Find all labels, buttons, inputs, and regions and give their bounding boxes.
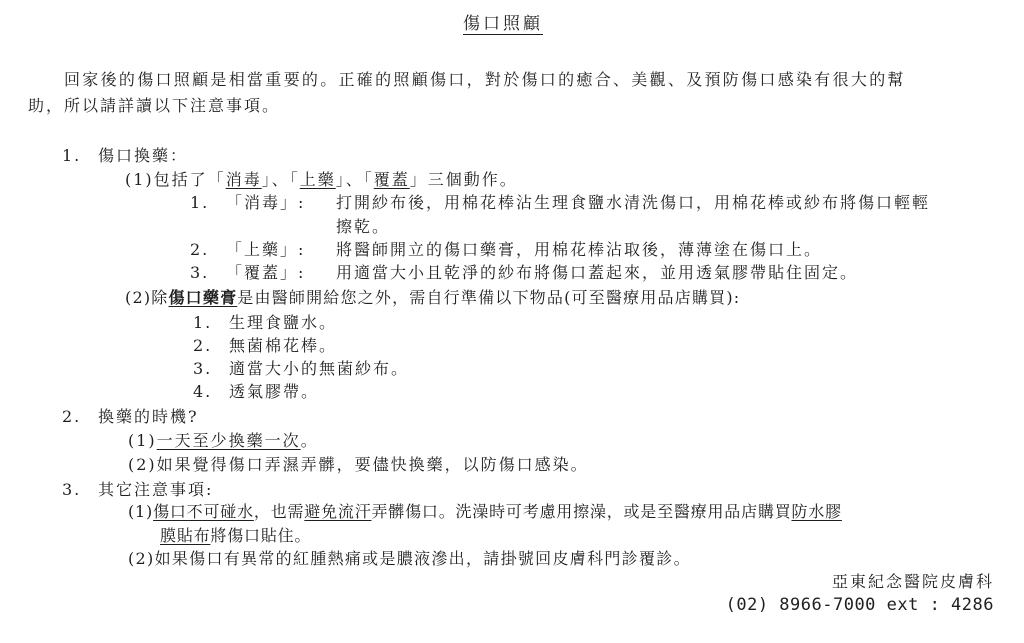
supply-item: 4.透氣膠帶。 bbox=[193, 382, 319, 402]
phone-number: (02) 8966-7000 ext : 4286 bbox=[726, 595, 994, 615]
step-medicate: 2.「上藥」:將醫師開立的傷口藥膏，用棉花棒沾取後，薄薄塗在傷口上。 bbox=[190, 240, 822, 260]
supply-item: 2.無菌棉花棒。 bbox=[193, 336, 337, 356]
supply-item: 1.生理食鹽水。 bbox=[193, 313, 337, 333]
section-3-item-2: (2)如果傷口有異常的紅腫熱痛或是膿液滲出，請掛號回皮膚科門診覆診。 bbox=[128, 549, 691, 569]
section-3-item-1-cont: 膜貼布將傷口貼住。 bbox=[160, 526, 311, 546]
section-2-item-1: (1)一天至少換藥一次。 bbox=[128, 431, 319, 451]
supply-item: 3.適當大小的無菌紗布。 bbox=[193, 359, 409, 379]
document-page: 傷口照顧 回家後的傷口照顧是相當重要的。正確的照顧傷口，對於傷口的癒合、美觀、及… bbox=[0, 0, 1024, 643]
page-title: 傷口照顧 bbox=[463, 14, 543, 34]
intro-line-1: 回家後的傷口照顧是相當重要的。正確的照顧傷口，對於傷口的癒合、美觀、及預防傷口感… bbox=[64, 70, 906, 90]
step-cover: 3.「覆蓋」:用適當大小且乾淨的紗布將傷口蓋起來，並用透氣膠帶貼住固定。 bbox=[190, 263, 858, 283]
section-1-item-1: (1)包括了「消毒」、「上藥」、「覆蓋」三個動作。 bbox=[125, 170, 518, 190]
section-2-item-2: (2)如果覺得傷口弄濕弄髒，要儘快換藥，以防傷口感染。 bbox=[128, 455, 589, 475]
step-disinfect-cont: 擦乾。 bbox=[336, 217, 390, 237]
intro-line-2: 助，所以請詳讀以下注意事項。 bbox=[28, 96, 280, 116]
section-3-heading: 3.其它注意事項: bbox=[62, 480, 213, 500]
section-1-item-2: (2)除傷口藥膏是由醫師開給您之外，需自行準備以下物品(可至醫療用品店購買): bbox=[125, 288, 740, 308]
section-2-heading: 2.換藥的時機? bbox=[62, 407, 199, 427]
section-1-heading: 1.傷口換藥： bbox=[62, 146, 188, 166]
step-disinfect: 1.「消毒」:打開紗布後，用棉花棒沾生理食鹽水清洗傷口，用棉花棒或紗布將傷口輕輕 bbox=[190, 193, 930, 213]
section-3-item-1: (1)傷口不可碰水，也需避免流汗弄髒傷口。洗澡時可考慮用擦澡，或是至醫療用品店購… bbox=[128, 502, 842, 522]
department-name: 亞東紀念醫院皮膚科 bbox=[832, 572, 994, 592]
